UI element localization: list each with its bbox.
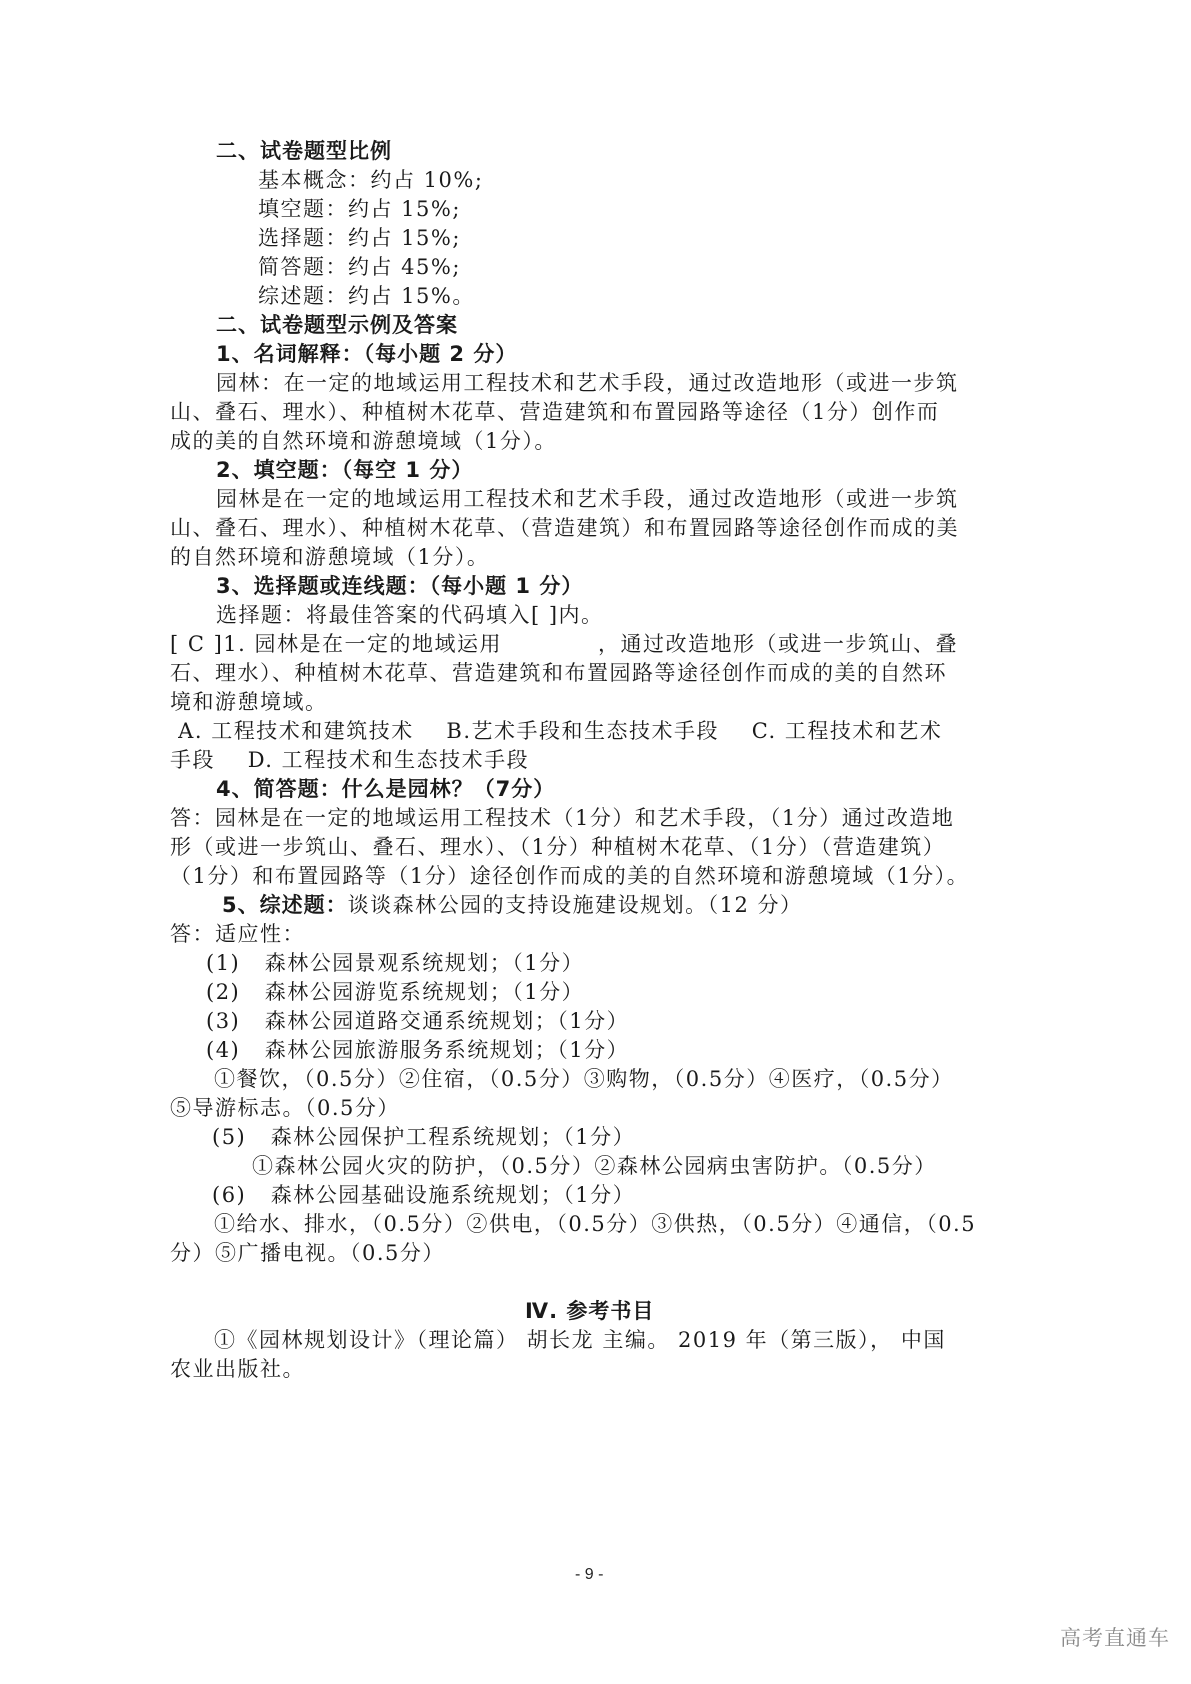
q3-line: 石、理水）、种植树木花草、营造建筑和布置园路等途径创作而成的美的自然环 (170, 658, 947, 688)
q4-line: 答：园林是在一定的地域运用工程技术（1分）和艺术手段，（1分）通过改造地 (170, 803, 954, 833)
ratio-item: 填空题：约占 15%; (258, 194, 461, 224)
q5-item: (4) 森林公园旅游服务系统规划；（1分） (206, 1035, 629, 1065)
section-heading-examples: 二、试卷题型示例及答案 (216, 310, 458, 340)
q5-item: (1) 森林公园景观系统规划；（1分） (206, 948, 584, 978)
q5-item6-sub: ①给水、排水，（0.5分）②供电，（0.5分）③供热，（0.5分）④通信，（0.… (214, 1209, 976, 1239)
q5-item: (6) 森林公园基础设施系统规划；（1分） (212, 1180, 635, 1210)
q5-item: (2) 森林公园游览系统规划；（1分） (206, 977, 584, 1007)
q5-answer-intro: 答：适应性： (170, 919, 305, 949)
q3-question-line: [ C ]1. 园林是在一定的地域运用，通过改造地形（或进一步筑山、叠 (170, 629, 958, 659)
reference-item: ①《园林规划设计》（理论篇） 胡长龙 主编。 2019 年（第三版）， 中国 (214, 1325, 946, 1355)
q2-title: 2、填空题：（每空 1 分） (216, 455, 473, 485)
q1-line: 山、叠石、理水）、种植树木花草、营造建筑和布置园路等途径（1分）创作而 (170, 397, 939, 427)
q4-line: （1分）和布置园路等（1分）途径创作而成的美的自然环境和游憩境域（1分）。 (170, 861, 969, 891)
q1-title: 1、名词解释：（每小题 2 分） (216, 339, 517, 369)
section-heading-ratio: 二、试卷题型比例 (216, 136, 392, 166)
q3-line: 境和游憩境域。 (170, 687, 328, 717)
reference-item: 农业出版社。 (170, 1354, 305, 1384)
q5-item5-sub: ①森林公园火灾的防护，（0.5分）②森林公园病虫害防护。（0.5分） (252, 1151, 937, 1181)
page-number: - 9 - (575, 1566, 603, 1584)
references-heading: Ⅳ. 参考书目 (525, 1296, 654, 1326)
q5-title-text: 谈谈森林公园的支持设施建设规划。（12 分） (348, 893, 803, 917)
q2-line: 园林是在一定的地域运用工程技术和艺术手段，通过改造地形（或进一步筑 (216, 484, 959, 514)
q5-title-label: 5、综述题： (222, 893, 348, 917)
q1-line: 园林：在一定的地域运用工程技术和艺术手段，通过改造地形（或进一步筑 (216, 368, 938, 398)
q5-item4-sub: ①餐饮，（0.5分）②住宿，（0.5分）③购物，（0.5分）④医疗，（0.5分） (214, 1064, 954, 1094)
q5-title: 5、综述题：谈谈森林公园的支持设施建设规划。（12 分） (222, 890, 803, 920)
q2-line: 的自然环境和游憩境域（1分）。 (170, 542, 489, 572)
q1-line: 成的美的自然环境和游憩境域（1分）。 (170, 426, 557, 456)
q2-line: 山、叠石、理水）、种植树木花草、（营造建筑）和布置园路等途径创作而成的美 (170, 513, 959, 543)
ratio-item: 选择题：约占 15%; (258, 223, 461, 253)
q4-title: 4、简答题：什么是园林？（7分） (216, 774, 555, 804)
ratio-item: 基本概念：约占 10%; (258, 165, 483, 195)
ratio-item: 简答题：约占 45%; (258, 252, 461, 282)
q3-instruction: 选择题：将最佳答案的代码填入[ ]内。 (216, 600, 604, 630)
q3-question-rest: ，通过改造地形（或进一步筑山、叠 (598, 632, 958, 656)
q3-options: A. 工程技术和建筑技术 B.艺术手段和生态技术手段 C. 工程技术和艺术 (170, 716, 942, 746)
q3-title: 3、选择题或连线题：（每小题 1 分） (216, 571, 583, 601)
q3-question-prefix: [ C ]1. 园林是在一定的地域运用 (170, 632, 502, 656)
q3-options: 手段 D. 工程技术和生态技术手段 (170, 745, 529, 775)
q5-item: (5) 森林公园保护工程系统规划；（1分） (212, 1122, 635, 1152)
q4-line: 形（或进一步筑山、叠石、理水）、（1分）种植树木花草、（1分）（营造建筑） (170, 832, 945, 862)
q5-item: (3) 森林公园道路交通系统规划；（1分） (206, 1006, 629, 1036)
ratio-item: 综述题：约占 15%。 (258, 281, 475, 311)
q5-item6-sub: 分）⑤广播电视。（0.5分） (170, 1238, 445, 1268)
document-page: 二、试卷题型比例 基本概念：约占 10%; 填空题：约占 15%; 选择题：约占… (0, 0, 1191, 1684)
watermark: 高考直通车 (1060, 1622, 1170, 1652)
q5-item4-sub: ⑤导游标志。（0.5分） (170, 1093, 400, 1123)
